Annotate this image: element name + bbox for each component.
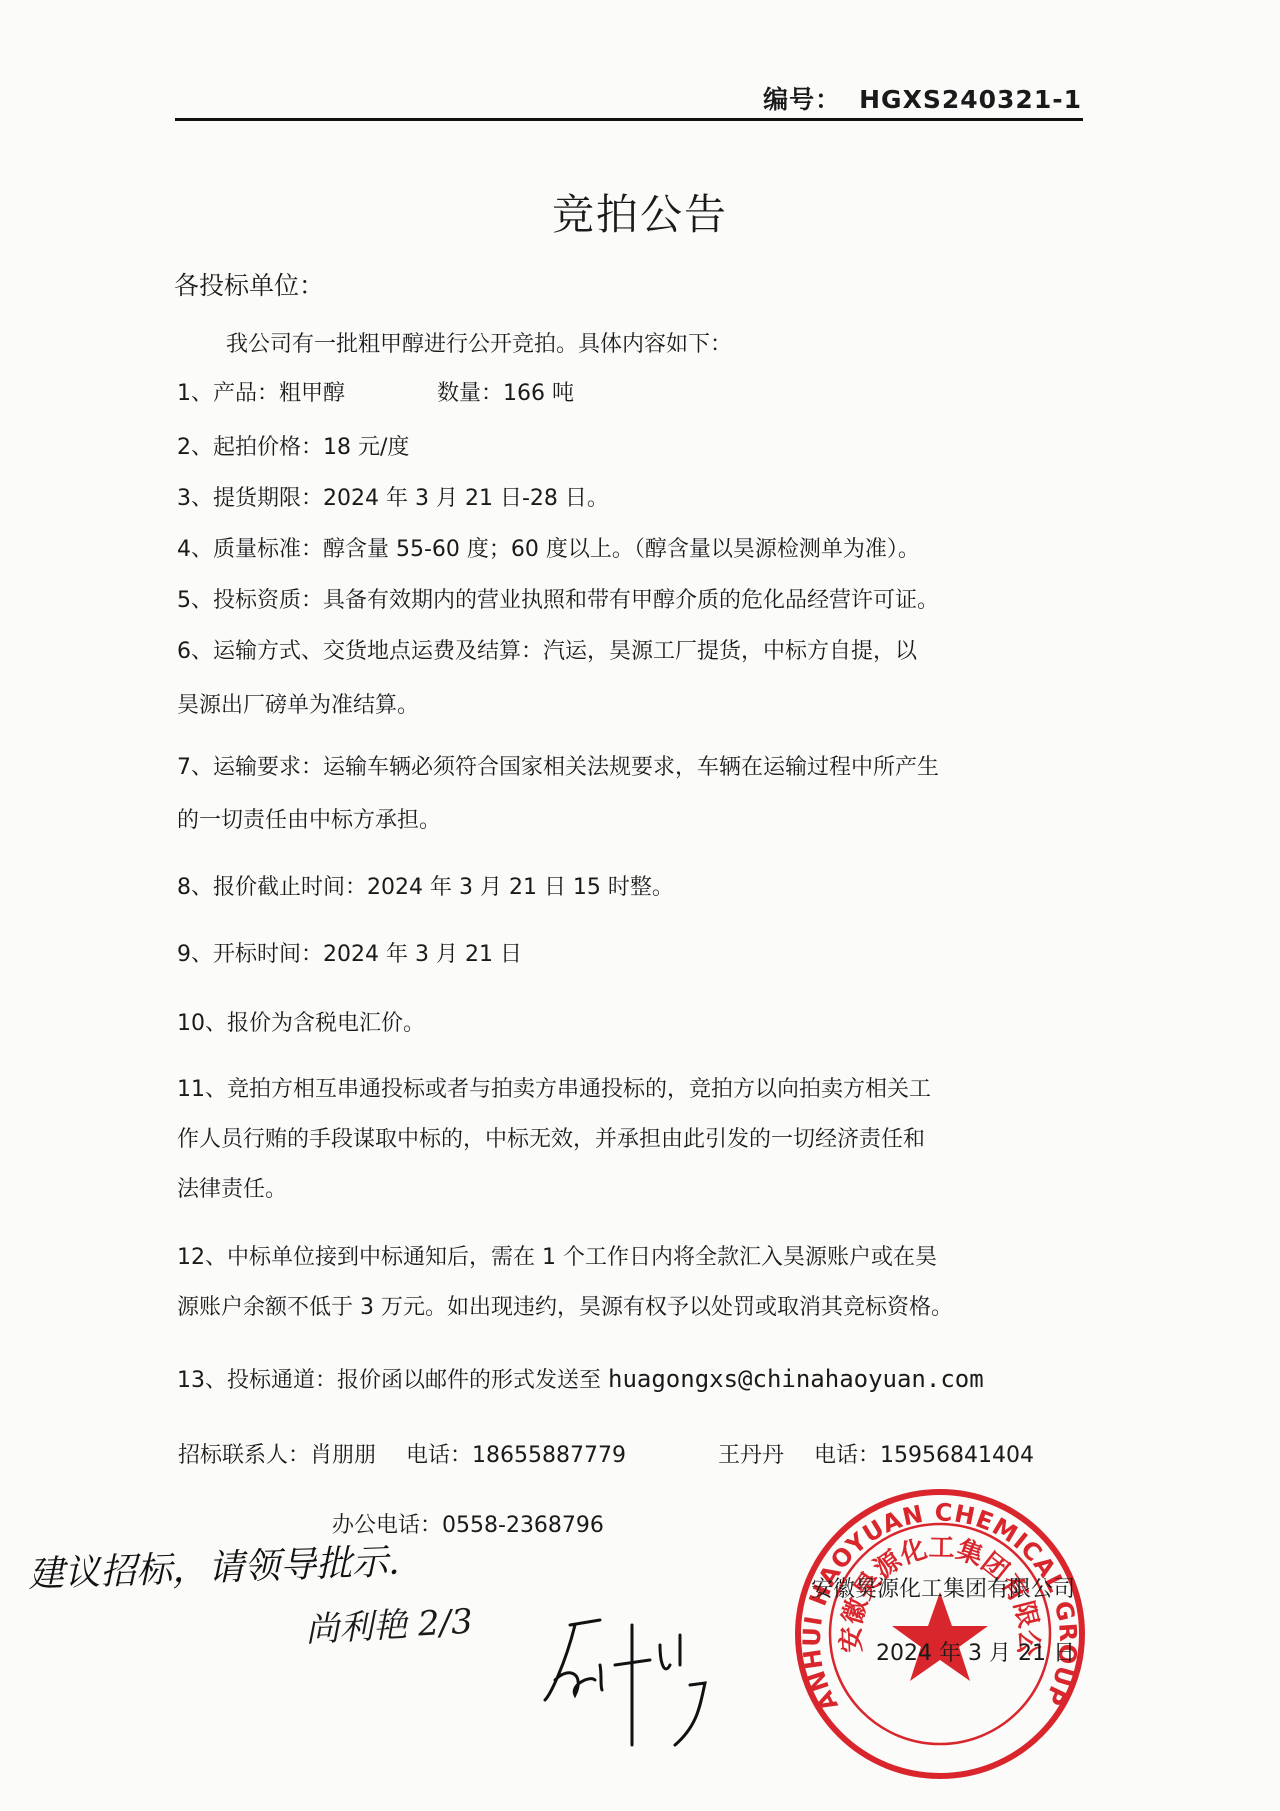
item-11-cont2: 法律责任。 bbox=[177, 1172, 287, 1203]
handwritten-signature-2 bbox=[540, 1605, 740, 1755]
contact-1-phone-label: 电话： bbox=[406, 1443, 472, 1468]
item-13: 13、投标通道：报价函以邮件的形式发送至 huagongxs@chinahaoy… bbox=[177, 1363, 984, 1394]
contact-1-phone: 18655887779 bbox=[472, 1443, 626, 1468]
item-6: 6、运输方式、交货地点运费及结算：汽运，昊源工厂提货，中标方自提，以 bbox=[177, 634, 917, 665]
item-13-text: 13、投标通道：报价函以邮件的形式发送至 bbox=[177, 1368, 608, 1393]
item-7-cont: 的一切责任由中标方承担。 bbox=[177, 803, 441, 834]
document-number: 编号：HGXS240321-1 bbox=[763, 80, 1082, 116]
item-3: 3、提货期限：2024 年 3 月 21 日-28 日。 bbox=[177, 481, 609, 512]
item-11: 11、竞拍方相互串通投标或者与拍卖方串通投标的，竞拍方以向拍卖方相关工 bbox=[177, 1072, 931, 1103]
item-6-cont: 昊源出厂磅单为准结算。 bbox=[177, 688, 419, 719]
handwritten-note: 建议招标，请领导批示. bbox=[27, 1534, 400, 1598]
item-9: 9、开标时间：2024 年 3 月 21 日 bbox=[177, 937, 522, 968]
contact-2-phone-label: 电话： bbox=[814, 1443, 880, 1468]
company-seal-icon: ANHUI HAOYUAN CHEMICAL GROUP CO.,LTD. 安徽… bbox=[790, 1484, 1090, 1784]
contacts-row: 招标联系人：肖朋朋电话：18655887779王丹丹电话：15956841404 bbox=[178, 1438, 1034, 1469]
item-12-cont: 源账户余额不低于 3 万元。如出现违约，昊源有权予以处罚或取消其竞标资格。 bbox=[177, 1290, 953, 1321]
item-8: 8、报价截止时间：2024 年 3 月 21 日 15 时整。 bbox=[177, 870, 674, 901]
issue-date: 2024 年 3 月 21 日 bbox=[876, 1636, 1075, 1667]
item-5: 5、投标资质：具备有效期内的营业执照和带有甲醇介质的危化品经营许可证。 bbox=[177, 583, 939, 614]
item-7: 7、运输要求：运输车辆必须符合国家相关法规要求，车辆在运输过程中所产生 bbox=[177, 750, 939, 781]
contacts-label: 招标联系人： bbox=[178, 1443, 310, 1468]
page-title: 竞拍公告 bbox=[0, 182, 1280, 242]
contact-2-name: 王丹丹 bbox=[718, 1443, 784, 1468]
handwritten-signature-1: 尚利艳 2/3 bbox=[304, 1594, 474, 1652]
document-number-label: 编号： bbox=[763, 85, 841, 114]
email-link[interactable]: huagongxs@chinahaoyuan.com bbox=[608, 1365, 984, 1393]
item-1-text: 1、产品：粗甲醇 bbox=[177, 381, 345, 406]
item-10: 10、报价为含税电汇价。 bbox=[177, 1006, 425, 1037]
office-phone: 0558-2368796 bbox=[442, 1513, 604, 1538]
item-11-cont: 作人员行贿的手段谋取中标的，中标无效，并承担由此引发的一切经济责任和 bbox=[177, 1122, 925, 1153]
item-1-quantity: 数量：166 吨 bbox=[437, 381, 574, 406]
item-1: 1、产品：粗甲醇数量：166 吨 bbox=[177, 376, 574, 407]
contact-1-name: 肖朋朋 bbox=[310, 1443, 376, 1468]
item-12: 12、中标单位接到中标通知后，需在 1 个工作日内将全款汇入昊源账户或在昊 bbox=[177, 1240, 937, 1271]
greeting: 各投标单位： bbox=[174, 266, 324, 302]
document-number-value: HGXS240321-1 bbox=[859, 85, 1082, 114]
item-2: 2、起拍价格：18 元/度 bbox=[177, 430, 409, 461]
item-4: 4、质量标准：醇含量 55-60 度；60 度以上。（醇含量以昊源检测单为准）。 bbox=[177, 532, 920, 563]
contact-2-phone: 15956841404 bbox=[880, 1443, 1034, 1468]
company-name: 安徽昊源化工集团有限公司 bbox=[811, 1572, 1075, 1603]
header-rule bbox=[175, 118, 1083, 121]
intro-paragraph: 我公司有一批粗甲醇进行公开竞拍。具体内容如下： bbox=[226, 327, 732, 358]
